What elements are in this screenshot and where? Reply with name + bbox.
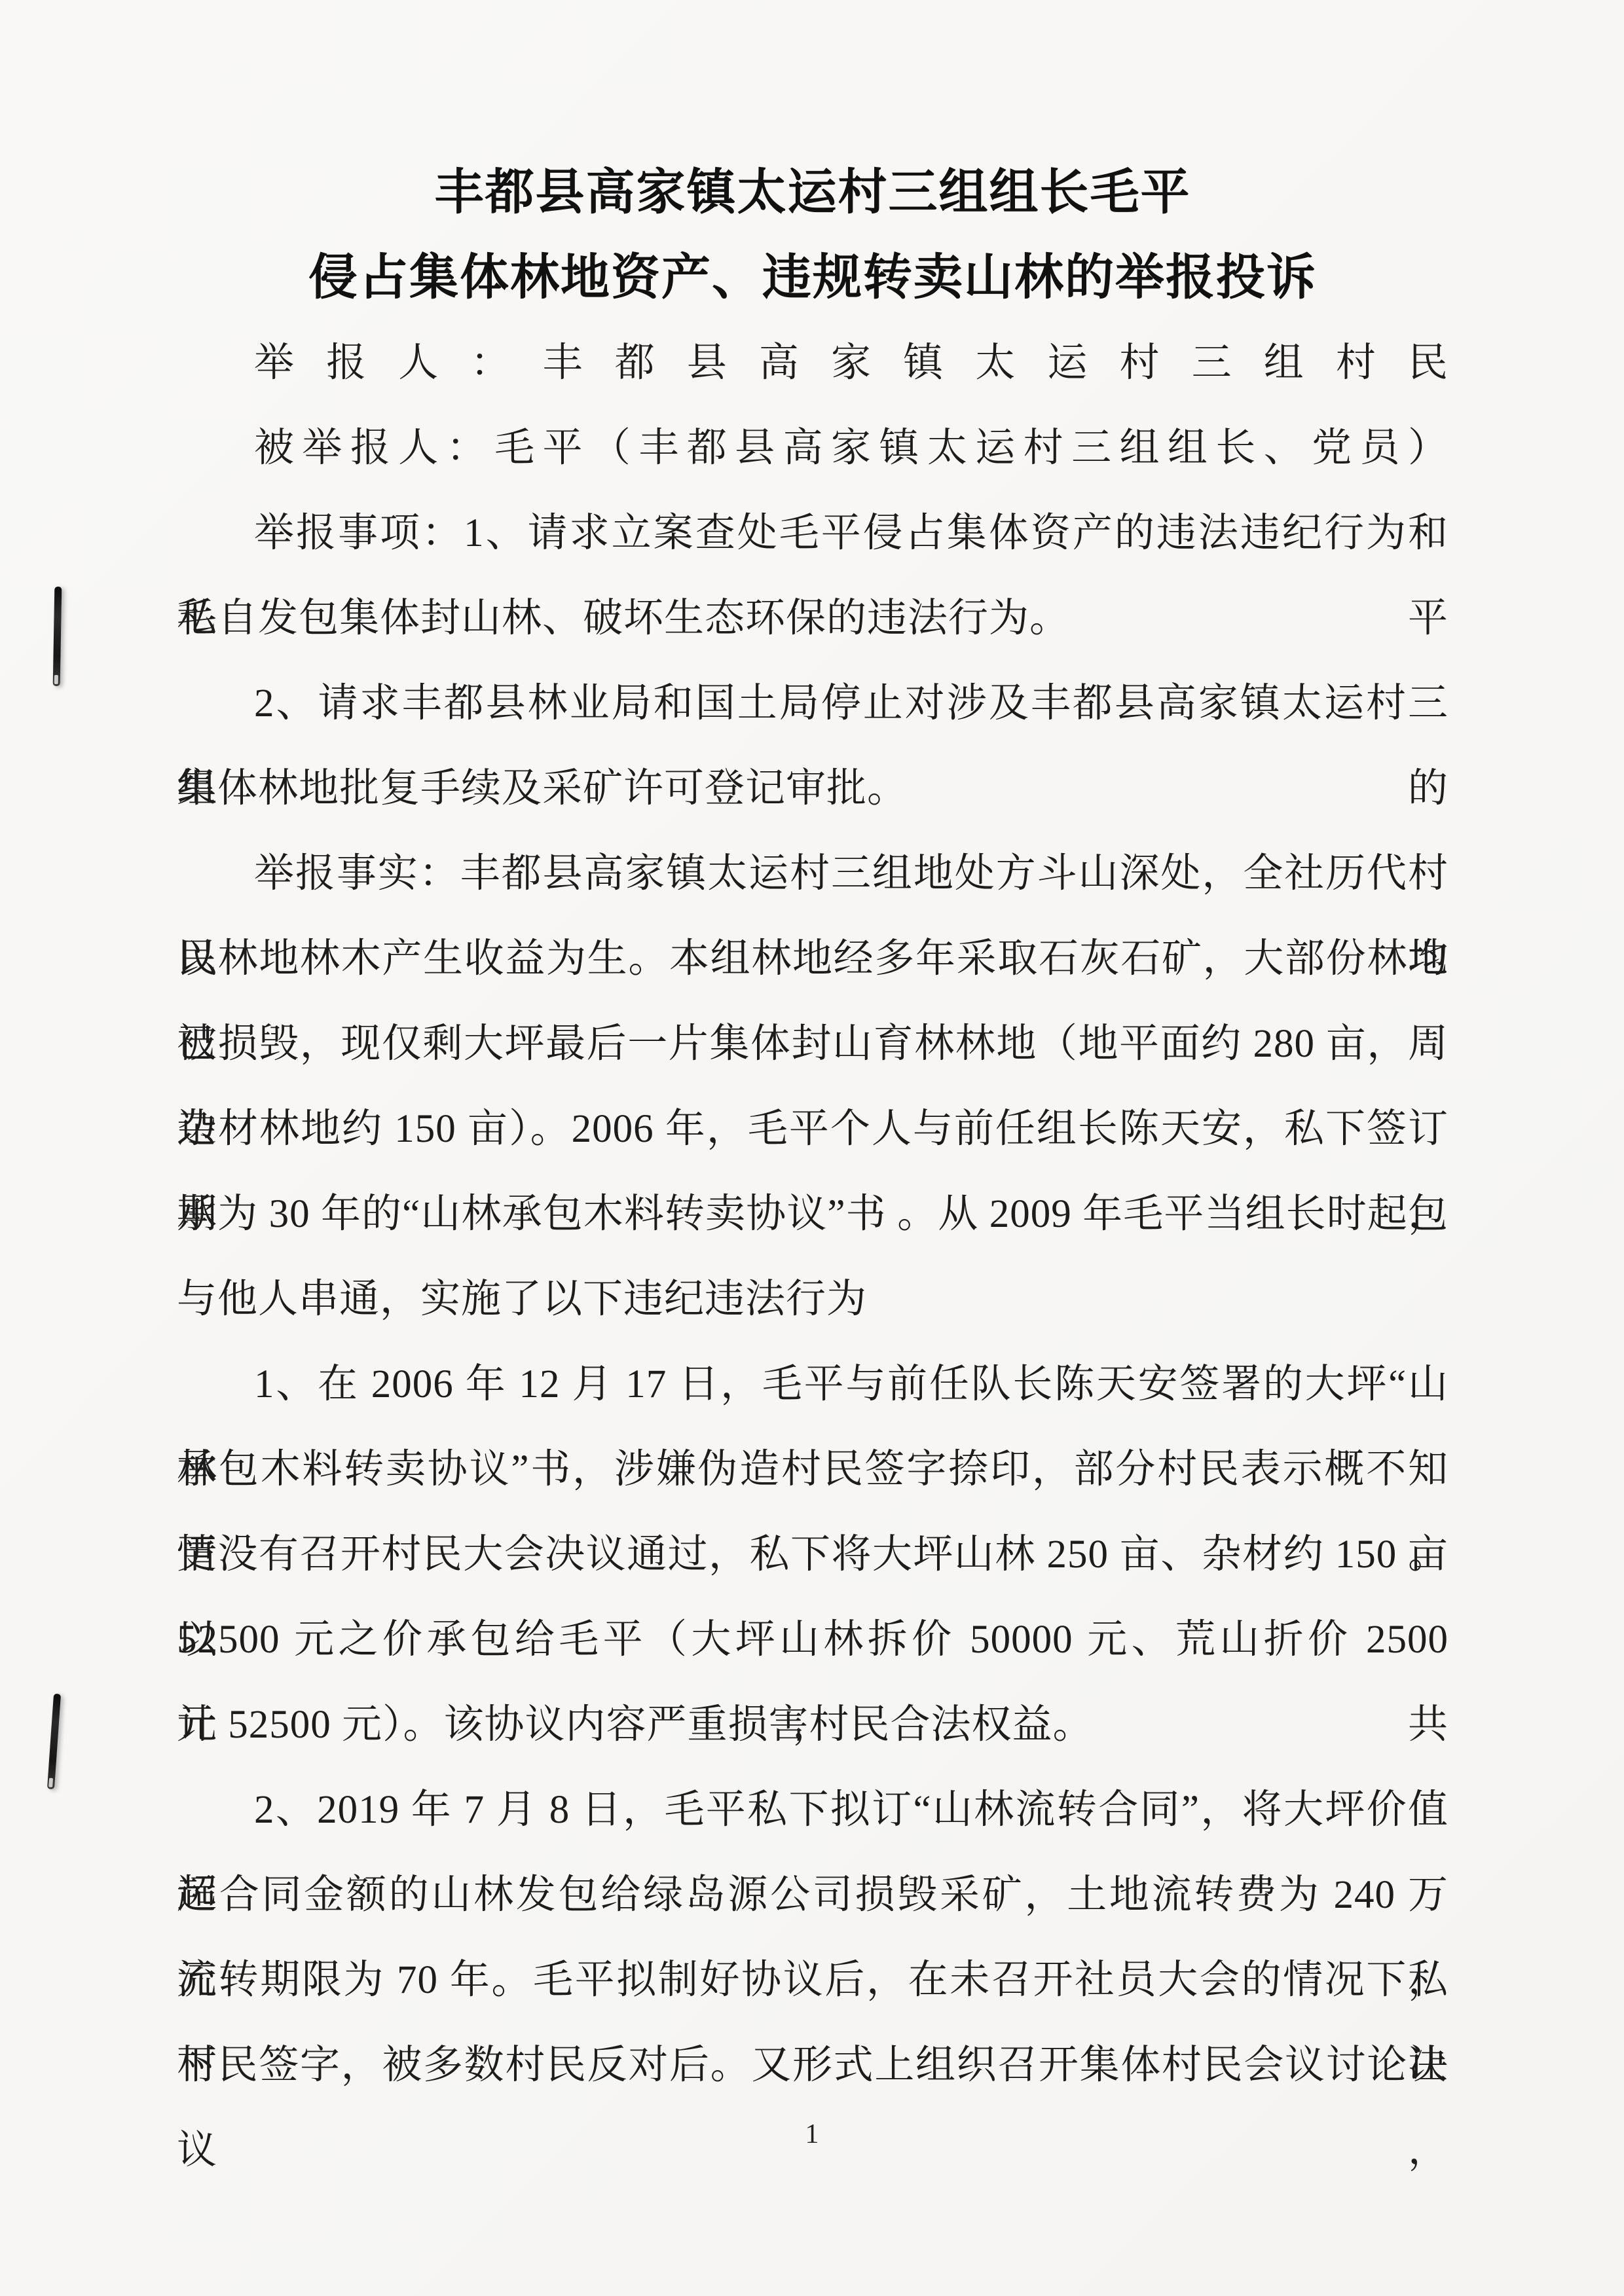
text-line: 杂材林地约 150 亩）。2006 年，毛平个人与前任组长陈天安，私下签订承包: [177, 1087, 1449, 1172]
text-line: 以林地林木产生收益为生。本组林地经多年采取石灰石矿，大部份林地已: [177, 917, 1449, 1002]
text-line: 1、在 2006 年 12 月 17 日，毛平与前任队长陈天安签署的大坪“山林: [177, 1342, 1449, 1427]
text-line: 举报事项：1、请求立案查处毛平侵占集体资产的违法违纪行为和毛平: [177, 491, 1449, 576]
text-line: 与他人串通，实施了以下违纪违法行为: [177, 1257, 1449, 1342]
text-line-reported-person: 被举报人：毛平（丰都县高家镇太运村三组组长、党员）: [177, 406, 1449, 491]
text-line: 村民签字，被多数村民反对后。又形式上组织召开集体村民会议讨论决议，: [177, 2023, 1449, 2108]
staple-mark-top: [53, 587, 62, 686]
text-line: 被损毁，现仅剩大坪最后一片集体封山育林林地（地平面约 280 亩，周边: [177, 1002, 1449, 1087]
document-title-line2: 侵占集体林地资产、违规转卖山林的举报投诉: [177, 236, 1449, 321]
text-line: 2、2019 年 7 月 8 日，毛平私下拟订“山林流转合同”，将大坪价值远: [177, 1768, 1449, 1853]
text-line: 举报事实：丰都县高家镇太运村三组地处方斗山深处，全社历代村民均: [177, 831, 1449, 917]
text-line: 2、请求丰都县林业局和国土局停止对涉及丰都县高家镇太运村三组的: [177, 661, 1449, 746]
text-line: 更没有召开村民大会决议通过，私下将大坪山林 250 亩、杂材约 150 亩以: [177, 1512, 1449, 1597]
text-line-reporter: 举报人：丰都县高家镇太运村三组村民: [177, 321, 1449, 406]
page-number: 1: [0, 2115, 1624, 2154]
document-title-line1: 丰都县高家镇太运村三组组长毛平: [177, 151, 1449, 236]
text-line: 承包木料转卖协议”书，涉嫌伪造村民签字捺印，部分村民表示概不知情。: [177, 1427, 1449, 1512]
staple-mark-bottom: [47, 1694, 61, 1789]
text-line: 期为 30 年的“山林承包木料转卖协议”书 。从 2009 年毛平当组长时起，: [177, 1172, 1449, 1257]
document-text-block: 丰都县高家镇太运村三组组长毛平 侵占集体林地资产、违规转卖山林的举报投诉 举报人…: [177, 151, 1449, 2108]
text-line: 流转期限为 70 年。毛平拟制好协议后，在未召开社员大会的情况下私下让: [177, 1938, 1449, 2023]
scanned-document-page: 丰都县高家镇太运村三组组长毛平 侵占集体林地资产、违规转卖山林的举报投诉 举报人…: [0, 0, 1624, 2296]
text-line: 超合同金额的山林发包给绿岛源公司损毁采矿，土地流转费为 240 万元，: [177, 1853, 1449, 1938]
text-line: 52500 元之价承包给毛平（大坪山林拆价 50000 元、荒山折价 2500 …: [177, 1597, 1449, 1683]
